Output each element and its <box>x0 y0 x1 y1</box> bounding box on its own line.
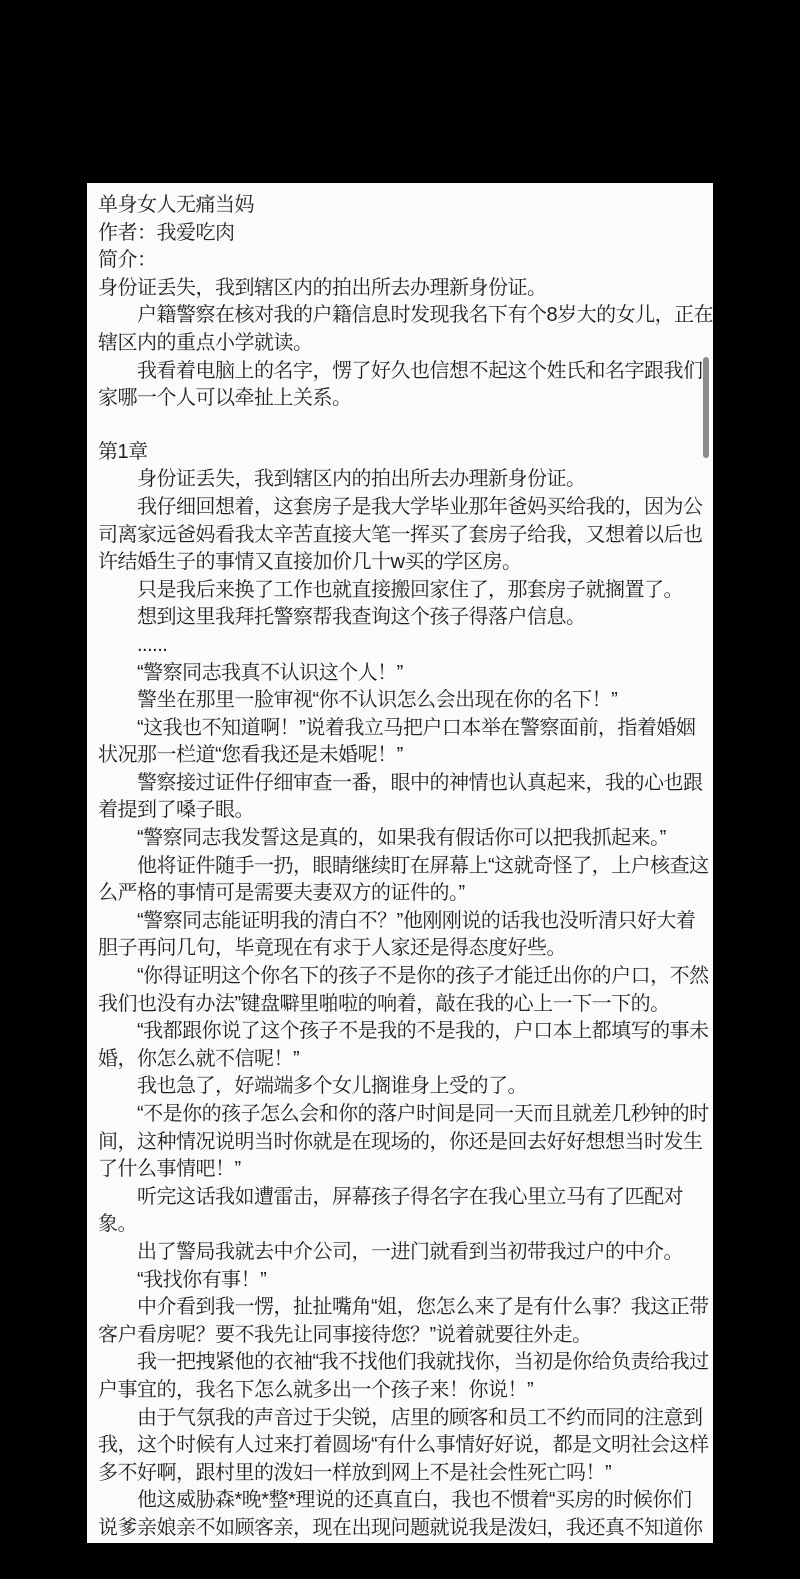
text-line: 我看着电脑上的名字，愣了好久也信想不起这个姓氏和名字跟我们 <box>98 358 705 386</box>
text-line: “警察同志我真不认识这个人！” <box>98 660 705 688</box>
text-line: 着提到了嗓子眼。 <box>98 797 705 825</box>
text-line: 我也急了，好端端多个女儿搁谁身上受的了。 <box>98 1073 705 1101</box>
text-line: 婚，你怎么就不信呢！” <box>98 1046 705 1074</box>
novel-title: 单身女人无痛当妈 <box>98 192 705 220</box>
text-line: 间，这种情况说明当时你就是在现场的，你还是回去好好想想当时发生 <box>98 1129 705 1157</box>
text-line: 身份证丢失，我到辖区内的拍出所去办理新身份证。 <box>98 275 705 303</box>
text-line: “警察同志我发誓这是真的，如果我有假话你可以把我抓起来。” <box>98 825 705 853</box>
text-line: 说爹亲娘亲不如顾客亲，现在出现问题就说我是泼妇，我还真不知道你 <box>98 1515 705 1543</box>
text-line: 胆子再问几句，毕竟现在有求于人家还是得态度好些。 <box>98 935 705 963</box>
scrollbar-thumb[interactable] <box>703 357 709 458</box>
text-line: 户籍警察在核对我的户籍信息时发现我名下有个8岁大的女儿，正在 <box>98 302 705 330</box>
text-line: 么严格的事情可是需要夫妻双方的证件的。” <box>98 880 705 908</box>
text-line: 只是我后来换了工作也就直接搬回家住了，那套房子就搁置了。 <box>98 577 705 605</box>
text-line: “我都跟你说了这个孩子不是我的不是我的，户口本上都填写的事未 <box>98 1018 705 1046</box>
text-line: 司离家远爸妈看我太辛苦直接大笔一挥买了套房子给我，又想着以后也 <box>98 522 705 550</box>
text-line: 中介看到我一愣，扯扯嘴角“姐，您怎么来了是有什么事？我这正带 <box>98 1294 705 1322</box>
text-line: 我，这个时候有人过来打着圆场“有什么事情好好说，都是文明社会这样 <box>98 1432 705 1460</box>
chapter-heading: 第1章 <box>98 439 705 467</box>
text-line: 我们也没有办法”键盘噼里啪啦的响着，敲在我的心上一下一下的。 <box>98 991 705 1019</box>
text-line: 了什么事情吧！” <box>98 1156 705 1184</box>
text-line: 我一把拽紧他的衣袖“我不找他们我就找你，当初是你给负责给我过 <box>98 1349 705 1377</box>
text-line: 警坐在那里一脸审视“你不认识怎么会出现在你的名下！” <box>98 687 705 715</box>
text-line: 由于气氛我的声音过于尖锐，店里的顾客和员工不约而同的注意到 <box>98 1405 705 1433</box>
page-background: { "colors": { "outer_background": "#0000… <box>0 0 800 1579</box>
text-line: “这我也不知道啊！”说着我立马把户口本举在警察面前，指着婚姻 <box>98 715 705 743</box>
text-line: ...... <box>98 632 705 660</box>
text-line: 客户看房呢？要不我先让同事接待您？”说着就要往外走。 <box>98 1322 705 1350</box>
text-line: 状况那一栏道“您看我还是未婚呢！” <box>98 742 705 770</box>
text-line: 想到这里我拜托警察帮我查询这个孩子得落户信息。 <box>98 604 705 632</box>
text-line: 出了警局我就去中介公司，一进门就看到当初带我过户的中介。 <box>98 1239 705 1267</box>
text-line: 辖区内的重点小学就读。 <box>98 330 705 358</box>
text-line: “警察同志能证明我的清白不？”他刚刚说的话我也没听清只好大着 <box>98 908 705 936</box>
text-line: 他这威胁森*晚*整*理说的还真直白，我也不惯着“买房的时候你们 <box>98 1487 705 1515</box>
text-line: “不是你的孩子怎么会和你的落户时间是同一天而且就差几秒钟的时 <box>98 1101 705 1129</box>
text-line: 我仔细回想着，这套房子是我大学毕业那年爸妈买给我的，因为公 <box>98 494 705 522</box>
text-line: 户事宜的，我名下怎么就多出一个孩子来！你说！” <box>98 1377 705 1405</box>
text-line: “你得证明这个你名下的孩子不是你的孩子才能迁出你的户口，不然 <box>98 963 705 991</box>
text-line: 家哪一个人可以牵扯上关系。 <box>98 385 705 413</box>
chapter-block: 第1章身份证丢失，我到辖区内的拍出所去办理新身份证。我仔细回想着，这套房子是我大… <box>98 439 705 1543</box>
text-line: 身份证丢失，我到辖区内的拍出所去办理新身份证。 <box>98 466 705 494</box>
text-line: 多不好啊，跟村里的泼妇一样放到网上不是社会性死亡吗！” <box>98 1460 705 1488</box>
text-line: 象。 <box>98 1211 705 1239</box>
intro-label: 简介： <box>98 247 705 275</box>
reader-panel: 单身女人无痛当妈作者：我爱吃肉简介：身份证丢失，我到辖区内的拍出所去办理新身份证… <box>87 183 713 1543</box>
intro-block: 单身女人无痛当妈作者：我爱吃肉简介：身份证丢失，我到辖区内的拍出所去办理新身份证… <box>98 192 705 413</box>
text-line: “我找你有事！” <box>98 1267 705 1295</box>
text-line: 许结婚生子的事情又直接加价几十w买的学区房。 <box>98 549 705 577</box>
text-line: 听完这话我如遭雷击，屏幕孩子得名字在我心里立马有了匹配对 <box>98 1184 705 1212</box>
text-line: 警察接过证件仔细审查一番，眼中的神情也认真起来，我的心也跟 <box>98 770 705 798</box>
text-line: 他将证件随手一扔，眼睛继续盯在屏幕上“这就奇怪了，上户核查这 <box>98 853 705 881</box>
author-line: 作者：我爱吃肉 <box>98 220 705 248</box>
